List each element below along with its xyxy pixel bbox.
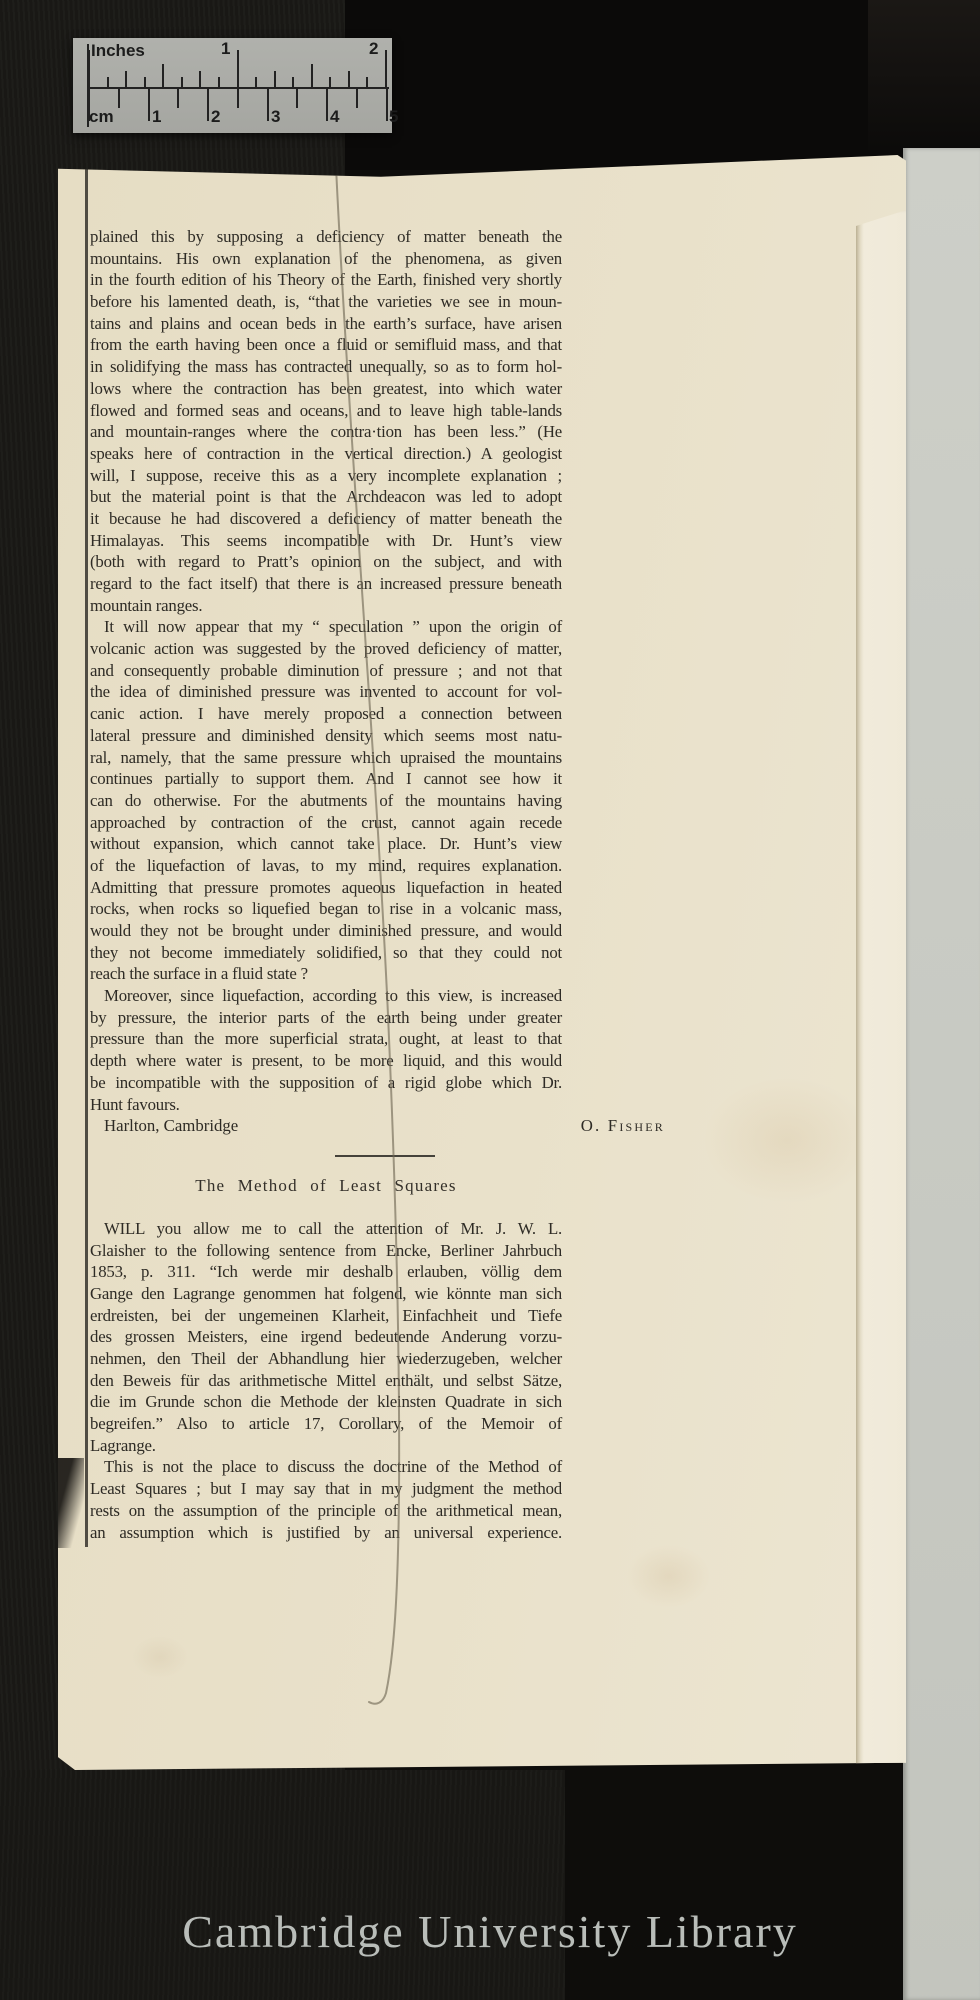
text-line: 1853, p. 311. “Ich werde mir deshalb erl…	[90, 1261, 562, 1283]
library-watermark: Cambridge University Library	[0, 1905, 980, 1958]
ruler-tick	[329, 77, 331, 88]
album-page-edge	[903, 148, 980, 2000]
text-line: but the material point is that the Archd…	[90, 486, 562, 508]
paragraph-geology-3: Moreover, since liquefaction, according …	[90, 985, 562, 1115]
ruler-tick	[199, 71, 201, 88]
ruler-tick	[356, 89, 358, 108]
text-line: the idea of diminished pressure was inve…	[90, 681, 562, 703]
column-rule	[85, 169, 88, 1547]
text-line: flowed and formed seas and oceans, and t…	[90, 400, 562, 422]
ruler-tick	[326, 89, 328, 121]
ruler-tick	[274, 71, 276, 88]
signature-name: O. Fisher	[581, 1115, 665, 1137]
ruler-tick	[148, 89, 150, 121]
ruler-tick	[162, 64, 164, 88]
text-line: by pressure, the interior parts of the e…	[90, 1007, 562, 1029]
signature-place: Harlton, Cambridge	[90, 1116, 238, 1135]
ruler-tick	[366, 77, 368, 88]
ruler-tick	[118, 89, 120, 108]
ruler-cm-2-label: 2	[211, 108, 220, 126]
text-line: plained this by supposing a deficiency o…	[90, 226, 562, 248]
text-line: canic action. I have merely proposed a c…	[90, 703, 562, 725]
text-line: volcanic action was suggested by the pro…	[90, 638, 562, 660]
text-line: depth where water is present, to be more…	[90, 1050, 562, 1072]
text-line: Glaisher to the following sentence from …	[90, 1240, 562, 1262]
text-line: reach the surface in a fluid state ?	[90, 963, 562, 985]
text-line: in solidifying the mass has contracted u…	[90, 356, 562, 378]
text-line: It will now appear that my “ speculation…	[90, 616, 562, 638]
text-line: they not become immediately solidified, …	[90, 942, 562, 964]
text-line: mountains. His own explanation of the ph…	[90, 248, 562, 270]
clipping-page: and he ex- plained this by supposing a d…	[58, 155, 906, 1770]
paragraph-geology-2: It will now appear that my “ speculation…	[90, 616, 562, 985]
section-heading: The Method of Least Squares	[90, 1175, 562, 1197]
text-line: it because he had discovered a deficienc…	[90, 508, 562, 530]
text-line: Moreover, since liquefaction, according …	[90, 985, 562, 1007]
ruler-tick	[218, 77, 220, 88]
text-line: in the fourth edition of his Theory of t…	[90, 269, 562, 291]
ruler-cm-ticks	[73, 89, 392, 133]
ruler-tick	[267, 89, 269, 121]
text-line: without expansion, which cannot take pla…	[90, 833, 562, 855]
text-line: begreifen.” Also to article 17, Corollar…	[90, 1413, 562, 1435]
ruler-tick	[237, 50, 239, 88]
section-divider-rule	[335, 1155, 435, 1157]
text-line: of the liquefaction of lavas, to my mind…	[90, 855, 562, 877]
text-line: pressure than the more superficial strat…	[90, 1028, 562, 1050]
text-line: continues partially to support them. And…	[90, 768, 562, 790]
text-line: erdreisten, bei der ungemeinen Klarheit,…	[90, 1305, 562, 1327]
ruler-tick	[181, 77, 183, 88]
text-line: This is not the place to discuss the doc…	[90, 1456, 562, 1478]
black-fabric-top	[345, 0, 905, 170]
text-line: des grossen Meisters, eine irgend bedeut…	[90, 1326, 562, 1348]
text-line: approached by contraction of the crust, …	[90, 812, 562, 834]
text-line: lows where the contraction has been grea…	[90, 378, 562, 400]
ruler-inch-1-label: 1	[221, 40, 230, 58]
text-line: ral, namely, that the same pressure whic…	[90, 747, 562, 769]
ruler-tick	[292, 77, 294, 88]
text-line: and consequently probable diminution of …	[90, 660, 562, 682]
printed-column: plained this by supposing a deficiency o…	[90, 226, 562, 1543]
ruler-tick	[385, 50, 387, 88]
text-line: Lagrange.	[90, 1435, 562, 1457]
text-line: regard to the fact itself) that there is…	[90, 573, 562, 595]
section-divider-wrap	[90, 1137, 562, 1175]
text-line: WILL you allow me to call the attention …	[90, 1218, 562, 1240]
text-line: die im Grunde schon die Methode der klei…	[90, 1391, 562, 1413]
text-line: from the earth having been once a fluid …	[90, 334, 562, 356]
black-fabric-bottom	[0, 1770, 565, 2000]
text-line: would they not be brought under diminish…	[90, 920, 562, 942]
ruler-cm-4-label: 4	[330, 108, 339, 126]
ruler-cm-5-label: 5	[389, 108, 398, 126]
text-line: be incompatible with the supposition of …	[90, 1072, 562, 1094]
ruler: Inches 1 2 cm 1 2 3 4 5	[73, 38, 392, 133]
ruler-cm-1-label: 1	[152, 108, 161, 126]
text-line: can do otherwise. For the abutments of t…	[90, 790, 562, 812]
text-line: rocks, when rocks so liquefied began to …	[90, 898, 562, 920]
text-line: tains and plains and ocean beds in the e…	[90, 313, 562, 335]
text-line: an assumption which is justified by an u…	[90, 1522, 562, 1544]
text-line: den Beweis für das arithmetische Mittel …	[90, 1370, 562, 1392]
signature-row: Harlton, Cambridge O. Fisher	[90, 1115, 665, 1137]
paragraph-least-squares-2: This is not the place to discuss the doc…	[90, 1456, 562, 1543]
ruler-tick	[125, 71, 127, 88]
black-fabric-top-right	[868, 0, 980, 150]
text-line: Himalayas. This seems incompatible with …	[90, 530, 562, 552]
edge-shadow	[58, 1458, 84, 1548]
ruler-tick	[177, 89, 179, 108]
text-line: Least Squares ; but I may say that in my…	[90, 1478, 562, 1500]
ruler-tick	[255, 77, 257, 88]
ruler-tick	[296, 89, 298, 108]
text-line: Admitting that pressure promotes aqueous…	[90, 877, 562, 899]
ruler-tick	[237, 89, 239, 108]
ruler-tick	[107, 77, 109, 88]
text-line: Gange den Lagrange genommen hat folgend,…	[90, 1283, 562, 1305]
ruler-tick	[348, 71, 350, 88]
ruler-cm-3-label: 3	[271, 108, 280, 126]
ruler-tick	[144, 77, 146, 88]
paragraph-least-squares-1: WILL you allow me to call the attention …	[90, 1218, 562, 1457]
page-fold-edge	[856, 210, 906, 1768]
text-line: before his lamented death, is, “that the…	[90, 291, 562, 313]
ruler-tick	[386, 89, 388, 121]
text-line: mountain ranges.	[90, 595, 562, 617]
text-line: will, I suppose, receive this as a very …	[90, 465, 562, 487]
ruler-cm-label: cm	[89, 108, 114, 126]
ruler-tick	[88, 50, 90, 88]
text-line: rests on the assumption of the principle…	[90, 1500, 562, 1522]
text-line: nehmen, den Theil der Abhandlung hier wi…	[90, 1348, 562, 1370]
paragraph-geology-1: plained this by supposing a deficiency o…	[90, 226, 562, 616]
ruler-tick	[207, 89, 209, 121]
ruler-tick	[311, 64, 313, 88]
ruler-inch-2-label: 2	[369, 40, 378, 58]
text-line: lateral pressure and diminished density …	[90, 725, 562, 747]
text-line: and mountain-ranges where the contra·tio…	[90, 421, 562, 443]
text-line: (both with regard to Pratt’s opinion on …	[90, 551, 562, 573]
text-line: speaks here of contraction in the vertic…	[90, 443, 562, 465]
text-line: Hunt favours.	[90, 1094, 562, 1116]
ruler-inches-label: Inches	[91, 42, 145, 60]
